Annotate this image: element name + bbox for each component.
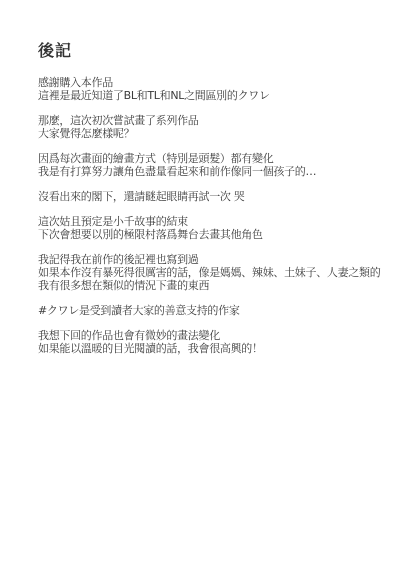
afterword-content: 後記 感謝購入本作品 這裡是最近知道了BL和TL和NL之間區別的クワレ 那麼，這… [38, 42, 386, 367]
text-line: 因爲每次畫面的繪畫方式（特別是頭髮）都有變化 [38, 152, 386, 165]
text-line: 如果本作沒有暴死得很厲害的話，像是媽媽、辣妹、土妹子、人妻之類的 [38, 266, 386, 279]
text-line: 那麼，這次初次嘗試畫了系列作品 [38, 114, 386, 127]
text-line: 我是有打算努力讓角色盡量看起來和前作像同一個孩子的… [38, 165, 386, 178]
text-line: 如果能以溫暖的目光閱讀的話，我會很高興的！ [38, 342, 386, 355]
text-line: #クワレ是受到讀者大家的善意支持的作家 [38, 304, 386, 317]
text-line: 我想下回的作品也會有微妙的畫法變化 [38, 329, 386, 342]
text-line: 這裡是最近知道了BL和TL和NL之間區別的クワレ [38, 89, 386, 102]
paragraph-series-intro: 那麼，這次初次嘗試畫了系列作品 大家覺得怎麼樣呢？ [38, 114, 386, 140]
text-line: 下次會想要以別的極限村落爲舞台去畫其他角色 [38, 228, 386, 241]
paragraph-future-ideas: 我記得我在前作的後記裡也寫到過 如果本作沒有暴死得很厲害的話，像是媽媽、辣妹、土… [38, 253, 386, 292]
page-title: 後記 [38, 42, 386, 60]
text-line: 我有很多想在類似的情況下畫的東西 [38, 279, 386, 292]
afterword-page: 後記 感謝購入本作品 這裡是最近知道了BL和TL和NL之間區別的クワレ 那麼，這… [0, 0, 400, 565]
paragraph-thanks: 感謝購入本作品 這裡是最近知道了BL和TL和NL之間區別的クワレ [38, 76, 386, 102]
text-line: 這次姑且預定是小千故事的結束 [38, 215, 386, 228]
paragraph-closing: 我想下回的作品也會有微妙的畫法變化 如果能以溫暖的目光閱讀的話，我會很高興的！ [38, 329, 386, 355]
text-line: 感謝購入本作品 [38, 76, 386, 89]
paragraph-squint: 沒看出來的閣下，還請瞇起眼睛再試一次 哭 [38, 190, 386, 203]
text-line: 沒看出來的閣下，還請瞇起眼睛再試一次 哭 [38, 190, 386, 203]
paragraph-art-style: 因爲每次畫面的繪畫方式（特別是頭髮）都有變化 我是有打算努力讓角色盡量看起來和前… [38, 152, 386, 178]
paragraph-story-end: 這次姑且預定是小千故事的結束 下次會想要以別的極限村落爲舞台去畫其他角色 [38, 215, 386, 241]
text-line: 大家覺得怎麼樣呢？ [38, 127, 386, 140]
paragraph-hashtag: #クワレ是受到讀者大家的善意支持的作家 [38, 304, 386, 317]
text-line: 我記得我在前作的後記裡也寫到過 [38, 253, 386, 266]
